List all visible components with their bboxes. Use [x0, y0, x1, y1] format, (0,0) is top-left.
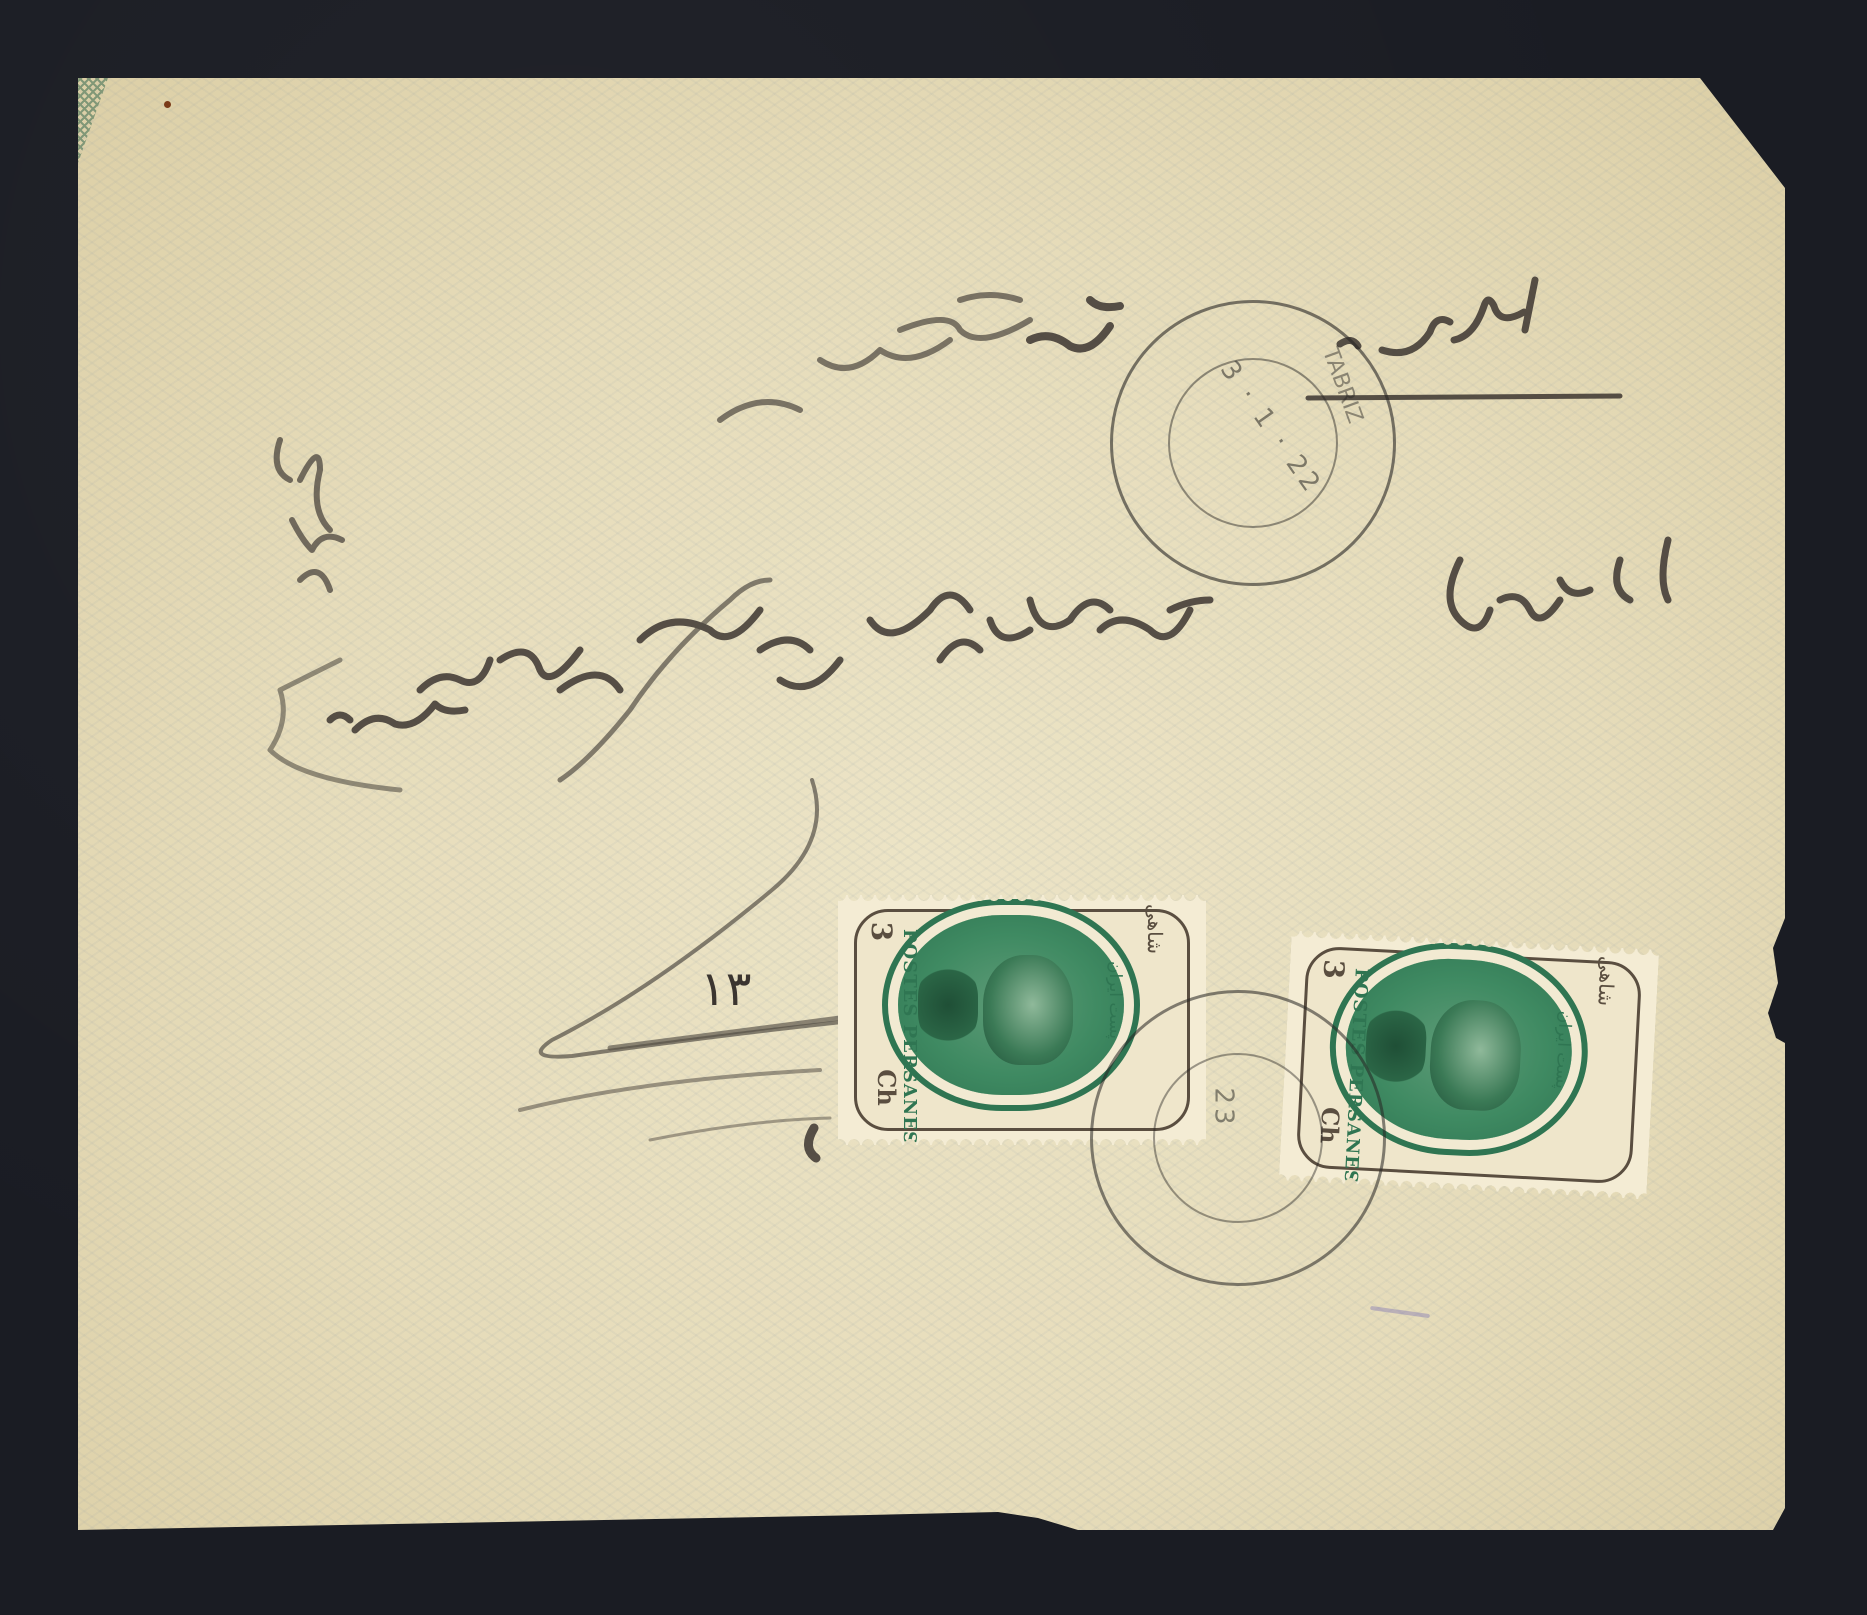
shah-crown [1364, 1005, 1428, 1088]
stamp-value-numeral: 3 [1317, 959, 1351, 980]
stamp-country-text: POSTES PERSANES [899, 929, 920, 1145]
stamp-value-numeral: 3 [865, 922, 898, 941]
shah-portrait [1428, 998, 1524, 1113]
stamp-value-unit: Ch [872, 1069, 901, 1106]
stamp-persian-country: پست ایران [1105, 961, 1125, 1039]
stamp-medallion [898, 915, 1124, 1095]
ink-spot [164, 101, 171, 108]
stamp-persian-value: شاهی [1143, 904, 1167, 954]
postmark-tabriz: 3 · 1 · 22 TABRIZ [1110, 300, 1396, 586]
paper-texture [78, 78, 1785, 1530]
postmark-date: 23 [1209, 1087, 1239, 1128]
postal-cover [78, 78, 1785, 1530]
postmark-arrival: 23 [1090, 990, 1386, 1286]
stamp-persian-value: شاهی [1593, 955, 1620, 1006]
shah-crown [918, 965, 978, 1045]
postmark-inner-ring [1153, 1053, 1323, 1223]
stamp-persian-country: پست ایران [1551, 1010, 1575, 1089]
shah-portrait [983, 955, 1073, 1065]
